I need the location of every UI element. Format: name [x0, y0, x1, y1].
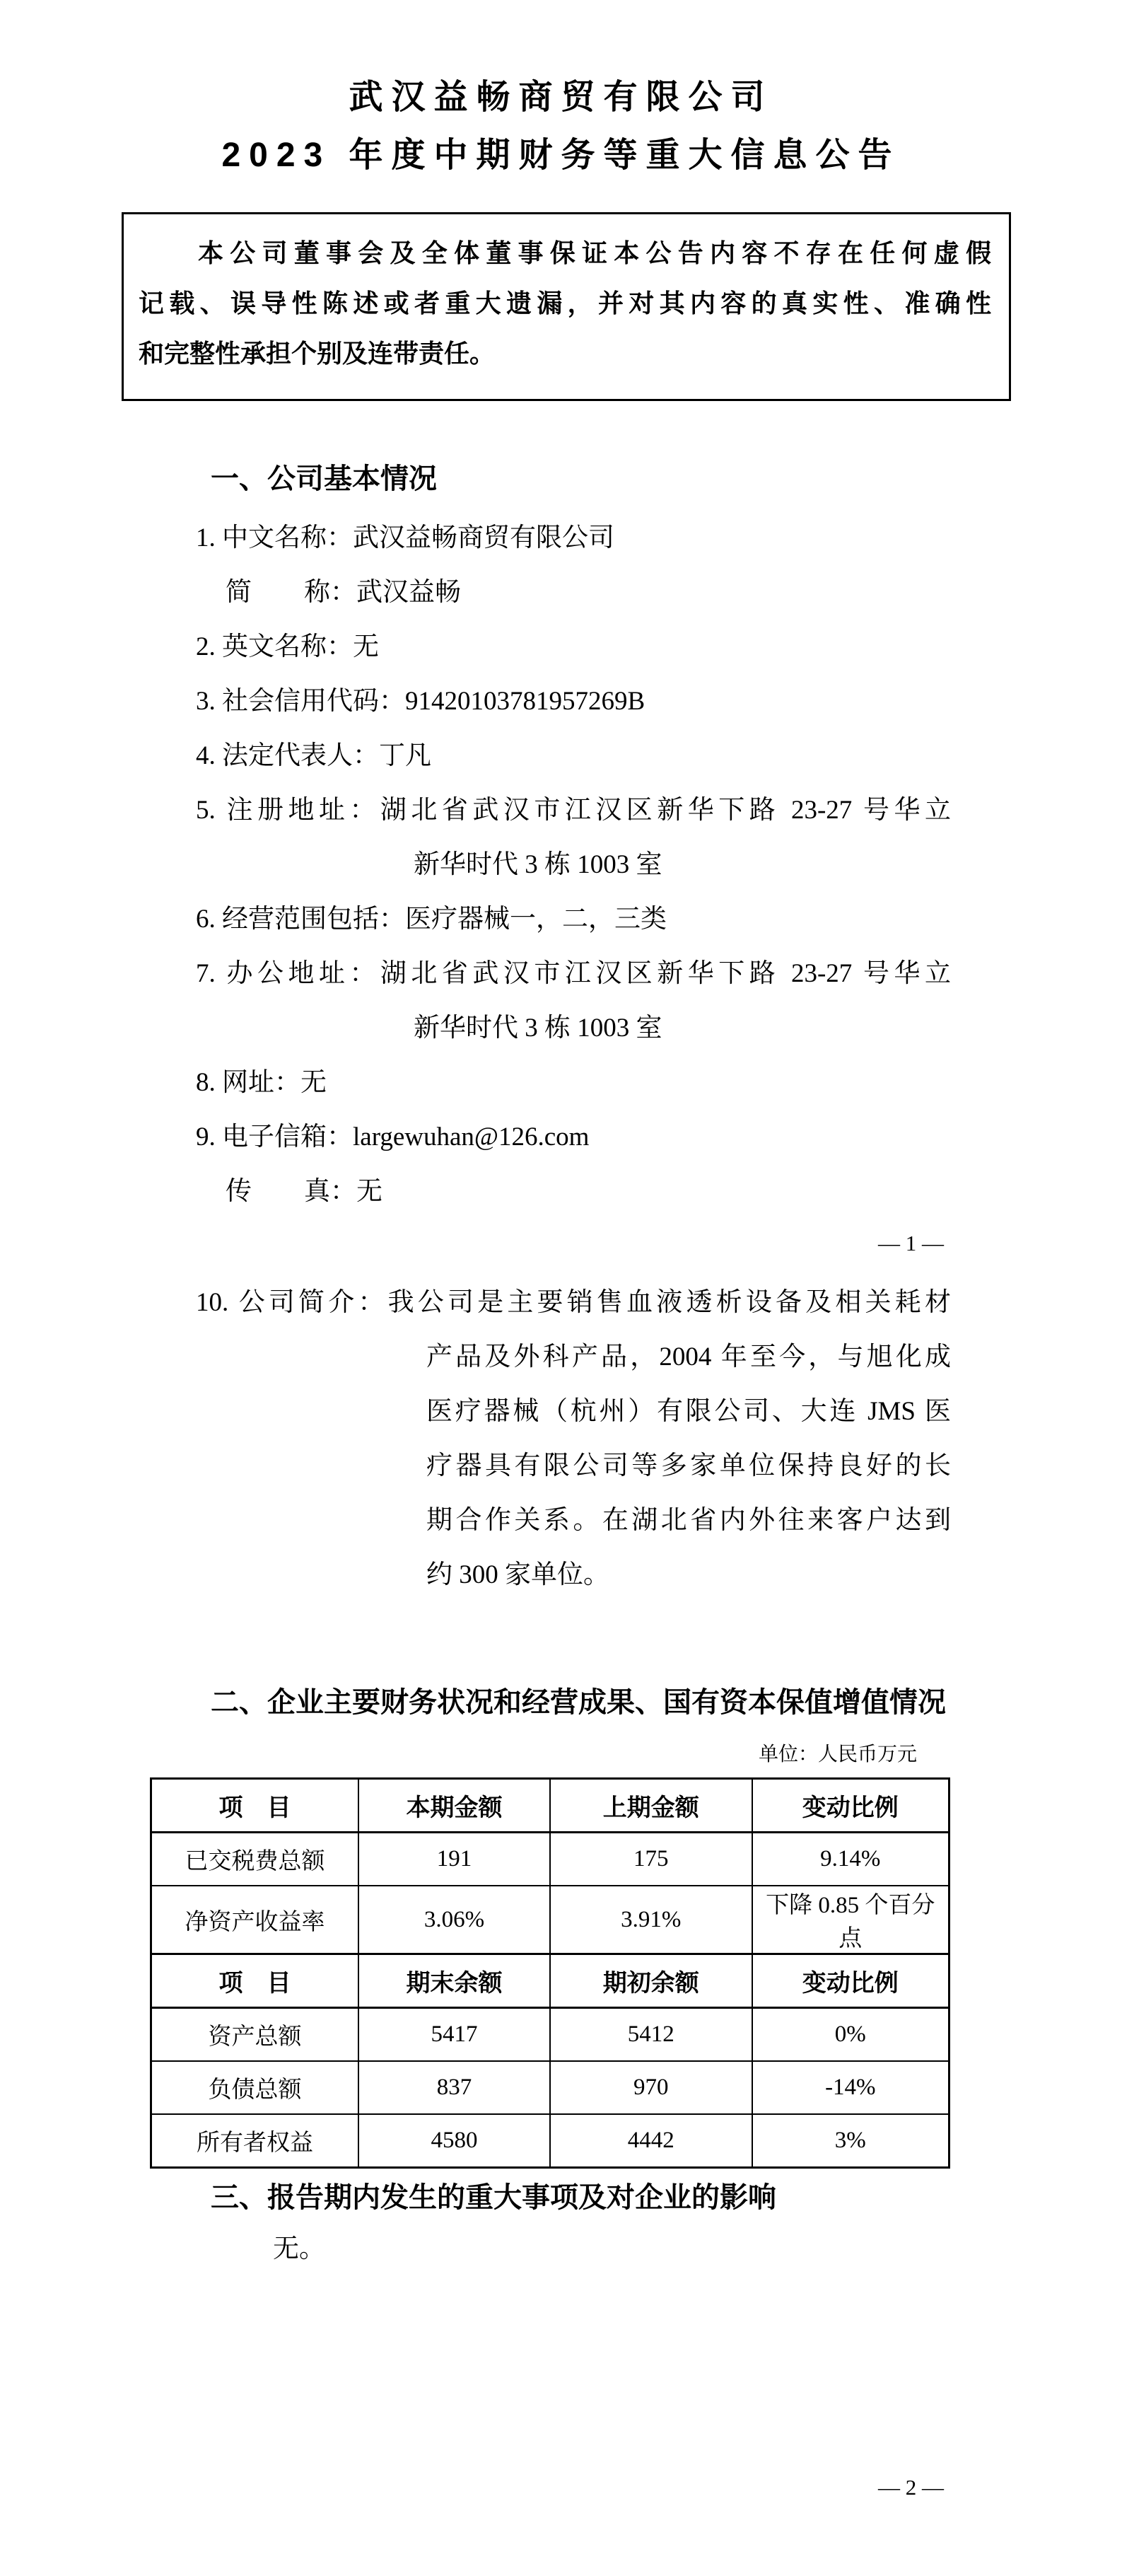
list-item-email: 9. 电子信箱：largewuhan@126.com: [196, 1110, 951, 1164]
table-cell: 3%: [752, 2114, 949, 2168]
table-cell: 所有者权益: [151, 2114, 359, 2168]
table-header-cell: 本期金额: [358, 1779, 550, 1833]
list-item-credit-code: 3. 社会信用代码：91420103781957269B: [196, 674, 951, 729]
table-cell: 3.06%: [358, 1886, 550, 1954]
company-profile: 10. 公司简介：我公司是主要销售血液透析设备及相关耗材 产品及外科产品，200…: [196, 1275, 951, 1602]
table-cell: 已交税费总额: [151, 1833, 359, 1886]
profile-line: 疗器具有限公司等多家单位保持良好的长: [196, 1439, 951, 1493]
table-cell: 净资产收益率: [151, 1886, 359, 1954]
table-row-roe: 净资产收益率 3.06% 3.91% 下降 0.85 个百分点: [151, 1886, 949, 1954]
company-info-list: 1. 中文名称：武汉益畅商贸有限公司 简 称：武汉益畅 2. 英文名称：无 3.…: [196, 511, 951, 1219]
document-page: { "doc": { "title_line1": "武汉益畅商贸有限公司", …: [0, 0, 1122, 2576]
table-cell: 下降 0.85 个百分点: [752, 1886, 949, 1954]
list-item-business-scope: 6. 经营范围包括：医疗器械一，二，三类: [196, 892, 951, 946]
table-row-liabilities: 负债总额 837 970 -14%: [151, 2061, 949, 2114]
profile-line: 产品及外科产品，2004 年至今，与旭化成: [196, 1330, 951, 1384]
list-item-english-name: 2. 英文名称：无: [196, 620, 951, 674]
table-header-cell: 变动比例: [752, 1779, 949, 1833]
profile-line: 期合作关系。在湖北省内外往来客户达到: [196, 1493, 951, 1548]
section3-body: 无。: [273, 2232, 325, 2267]
table-cell: 9.14%: [752, 1833, 949, 1886]
list-item-office-address: 7. 办公地址：湖北省武汉市江汉区新华下路 23-27 号华立: [196, 946, 951, 1001]
table-row-equity: 所有者权益 4580 4442 3%: [151, 2114, 949, 2168]
list-item-reg-address-2: 新华时代 3 栋 1003 室: [196, 837, 951, 892]
table-cell: 4580: [358, 2114, 550, 2168]
list-item-reg-address: 5. 注册地址：湖北省武汉市江汉区新华下路 23-27 号华立: [196, 783, 951, 837]
table-header-cell: 变动比例: [752, 1954, 949, 2008]
table-header-row: 项 目 期末余额 期初余额 变动比例: [151, 1954, 949, 2008]
section3-heading: 三、报告期内发生的重大事项及对企业的影响: [211, 2181, 776, 2215]
table-header-cell: 上期金额: [550, 1779, 752, 1833]
table-row-taxes: 已交税费总额 191 175 9.14%: [151, 1833, 949, 1886]
page-number-1: — 1 —: [878, 1229, 944, 1258]
table-header-cell: 项 目: [151, 1954, 359, 2008]
table-cell: 970: [550, 2061, 752, 2114]
profile-line: 10. 公司简介：我公司是主要销售血液透析设备及相关耗材: [196, 1275, 951, 1330]
table-cell: -14%: [752, 2061, 949, 2114]
section1-heading: 一、公司基本情况: [211, 462, 437, 496]
doc-title-report: 2023 年度中期财务等重大信息公告: [0, 134, 1122, 177]
table-cell: 5417: [358, 2008, 550, 2062]
table-cell: 4442: [550, 2114, 752, 2168]
list-item-office-address-2: 新华时代 3 栋 1003 室: [196, 1001, 951, 1055]
table-header-cell: 期末余额: [358, 1954, 550, 2008]
board-statement-box: 本公司董事会及全体董事保证本公告内容不存在任何虚假 记载、误导性陈述或者重大遗漏…: [122, 212, 1011, 401]
notice-line: 和完整性承担个别及连带责任。: [139, 329, 991, 379]
doc-title-company: 武汉益畅商贸有限公司: [0, 76, 1122, 119]
table-cell: 837: [358, 2061, 550, 2114]
list-item-short-name: 简 称：武汉益畅: [196, 565, 951, 620]
list-item-legal-rep: 4. 法定代表人：丁凡: [196, 729, 951, 783]
table-cell: 资产总额: [151, 2008, 359, 2062]
list-item-website: 8. 网址：无: [196, 1055, 951, 1110]
profile-line: 医疗器械（杭州）有限公司、大连 JMS 医: [196, 1384, 951, 1439]
table-cell: 3.91%: [550, 1886, 752, 1954]
table-cell: 负债总额: [151, 2061, 359, 2114]
financial-table: 项 目 本期金额 上期金额 变动比例 已交税费总额 191 175 9.14% …: [150, 1777, 950, 2169]
section2-heading: 二、企业主要财务状况和经营成果、国有资本保值增值情况: [211, 1686, 946, 1719]
page-number-2: — 2 —: [878, 2473, 944, 2502]
notice-line: 本公司董事会及全体董事保证本公告内容不存在任何虚假: [139, 228, 991, 279]
table-cell: 175: [550, 1833, 752, 1886]
table-cell: 191: [358, 1833, 550, 1886]
table-cell: 5412: [550, 2008, 752, 2062]
list-item-chinese-name: 1. 中文名称：武汉益畅商贸有限公司: [196, 511, 951, 565]
table-header-cell: 项 目: [151, 1779, 359, 1833]
notice-line: 记载、误导性陈述或者重大遗漏，并对其内容的真实性、准确性: [139, 279, 991, 329]
profile-line: 约 300 家单位。: [196, 1548, 951, 1602]
table-header-row: 项 目 本期金额 上期金额 变动比例: [151, 1779, 949, 1833]
table-row-assets: 资产总额 5417 5412 0%: [151, 2008, 949, 2062]
list-item-fax: 传 真：无: [196, 1164, 951, 1219]
table-header-cell: 期初余额: [550, 1954, 752, 2008]
table-cell: 0%: [752, 2008, 949, 2062]
unit-note: 单位：人民币万元: [759, 1742, 917, 1768]
